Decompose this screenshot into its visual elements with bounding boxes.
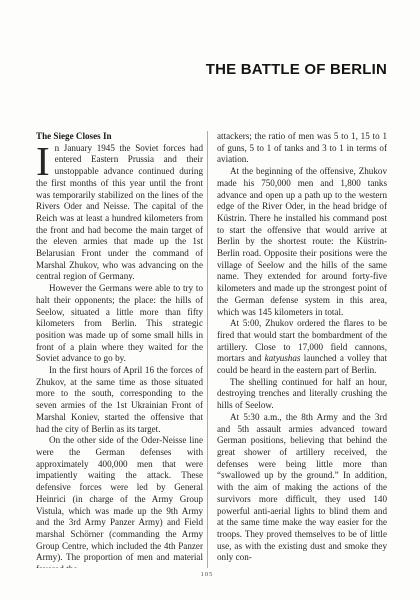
paragraph: At 5:30 a.m., the 8th Army and the 3rd a… xyxy=(217,412,387,564)
chapter-title: THE BATTLE OF BERLIN xyxy=(0,61,387,78)
paragraph: On the other side of the Oder-Neisse lin… xyxy=(36,435,203,568)
paragraph: However the Germans were able to try to … xyxy=(36,283,203,365)
page-number: 105 xyxy=(0,571,414,578)
paragraph: In January 1945 the Soviet forces had en… xyxy=(36,143,203,283)
paragraph: In the first hours of April 16 the force… xyxy=(36,365,203,435)
left-column: The Siege Closes In In January 1945 the … xyxy=(36,131,203,568)
paragraph: At the beginning of the offensive, Zhuko… xyxy=(217,166,387,318)
paragraph: At 5:00, Zhukov ordered the flares to be… xyxy=(217,318,387,377)
page-content: The Siege Closes In In January 1945 the … xyxy=(36,131,387,568)
italic-term: katyushas xyxy=(265,353,301,363)
paragraph-text: n January 1945 the Soviet forces had ent… xyxy=(36,143,203,282)
book-page: THE BATTLE OF BERLIN The Siege Closes In… xyxy=(0,0,420,600)
drop-cap: I xyxy=(36,145,50,178)
column-divider xyxy=(207,131,208,568)
paragraph: attackers; the ratio of men was 5 to 1, … xyxy=(217,131,387,166)
paragraph: The shelling continued for half an hour,… xyxy=(217,377,387,412)
right-column: attackers; the ratio of men was 5 to 1, … xyxy=(217,131,387,568)
section-heading: The Siege Closes In xyxy=(36,131,203,143)
